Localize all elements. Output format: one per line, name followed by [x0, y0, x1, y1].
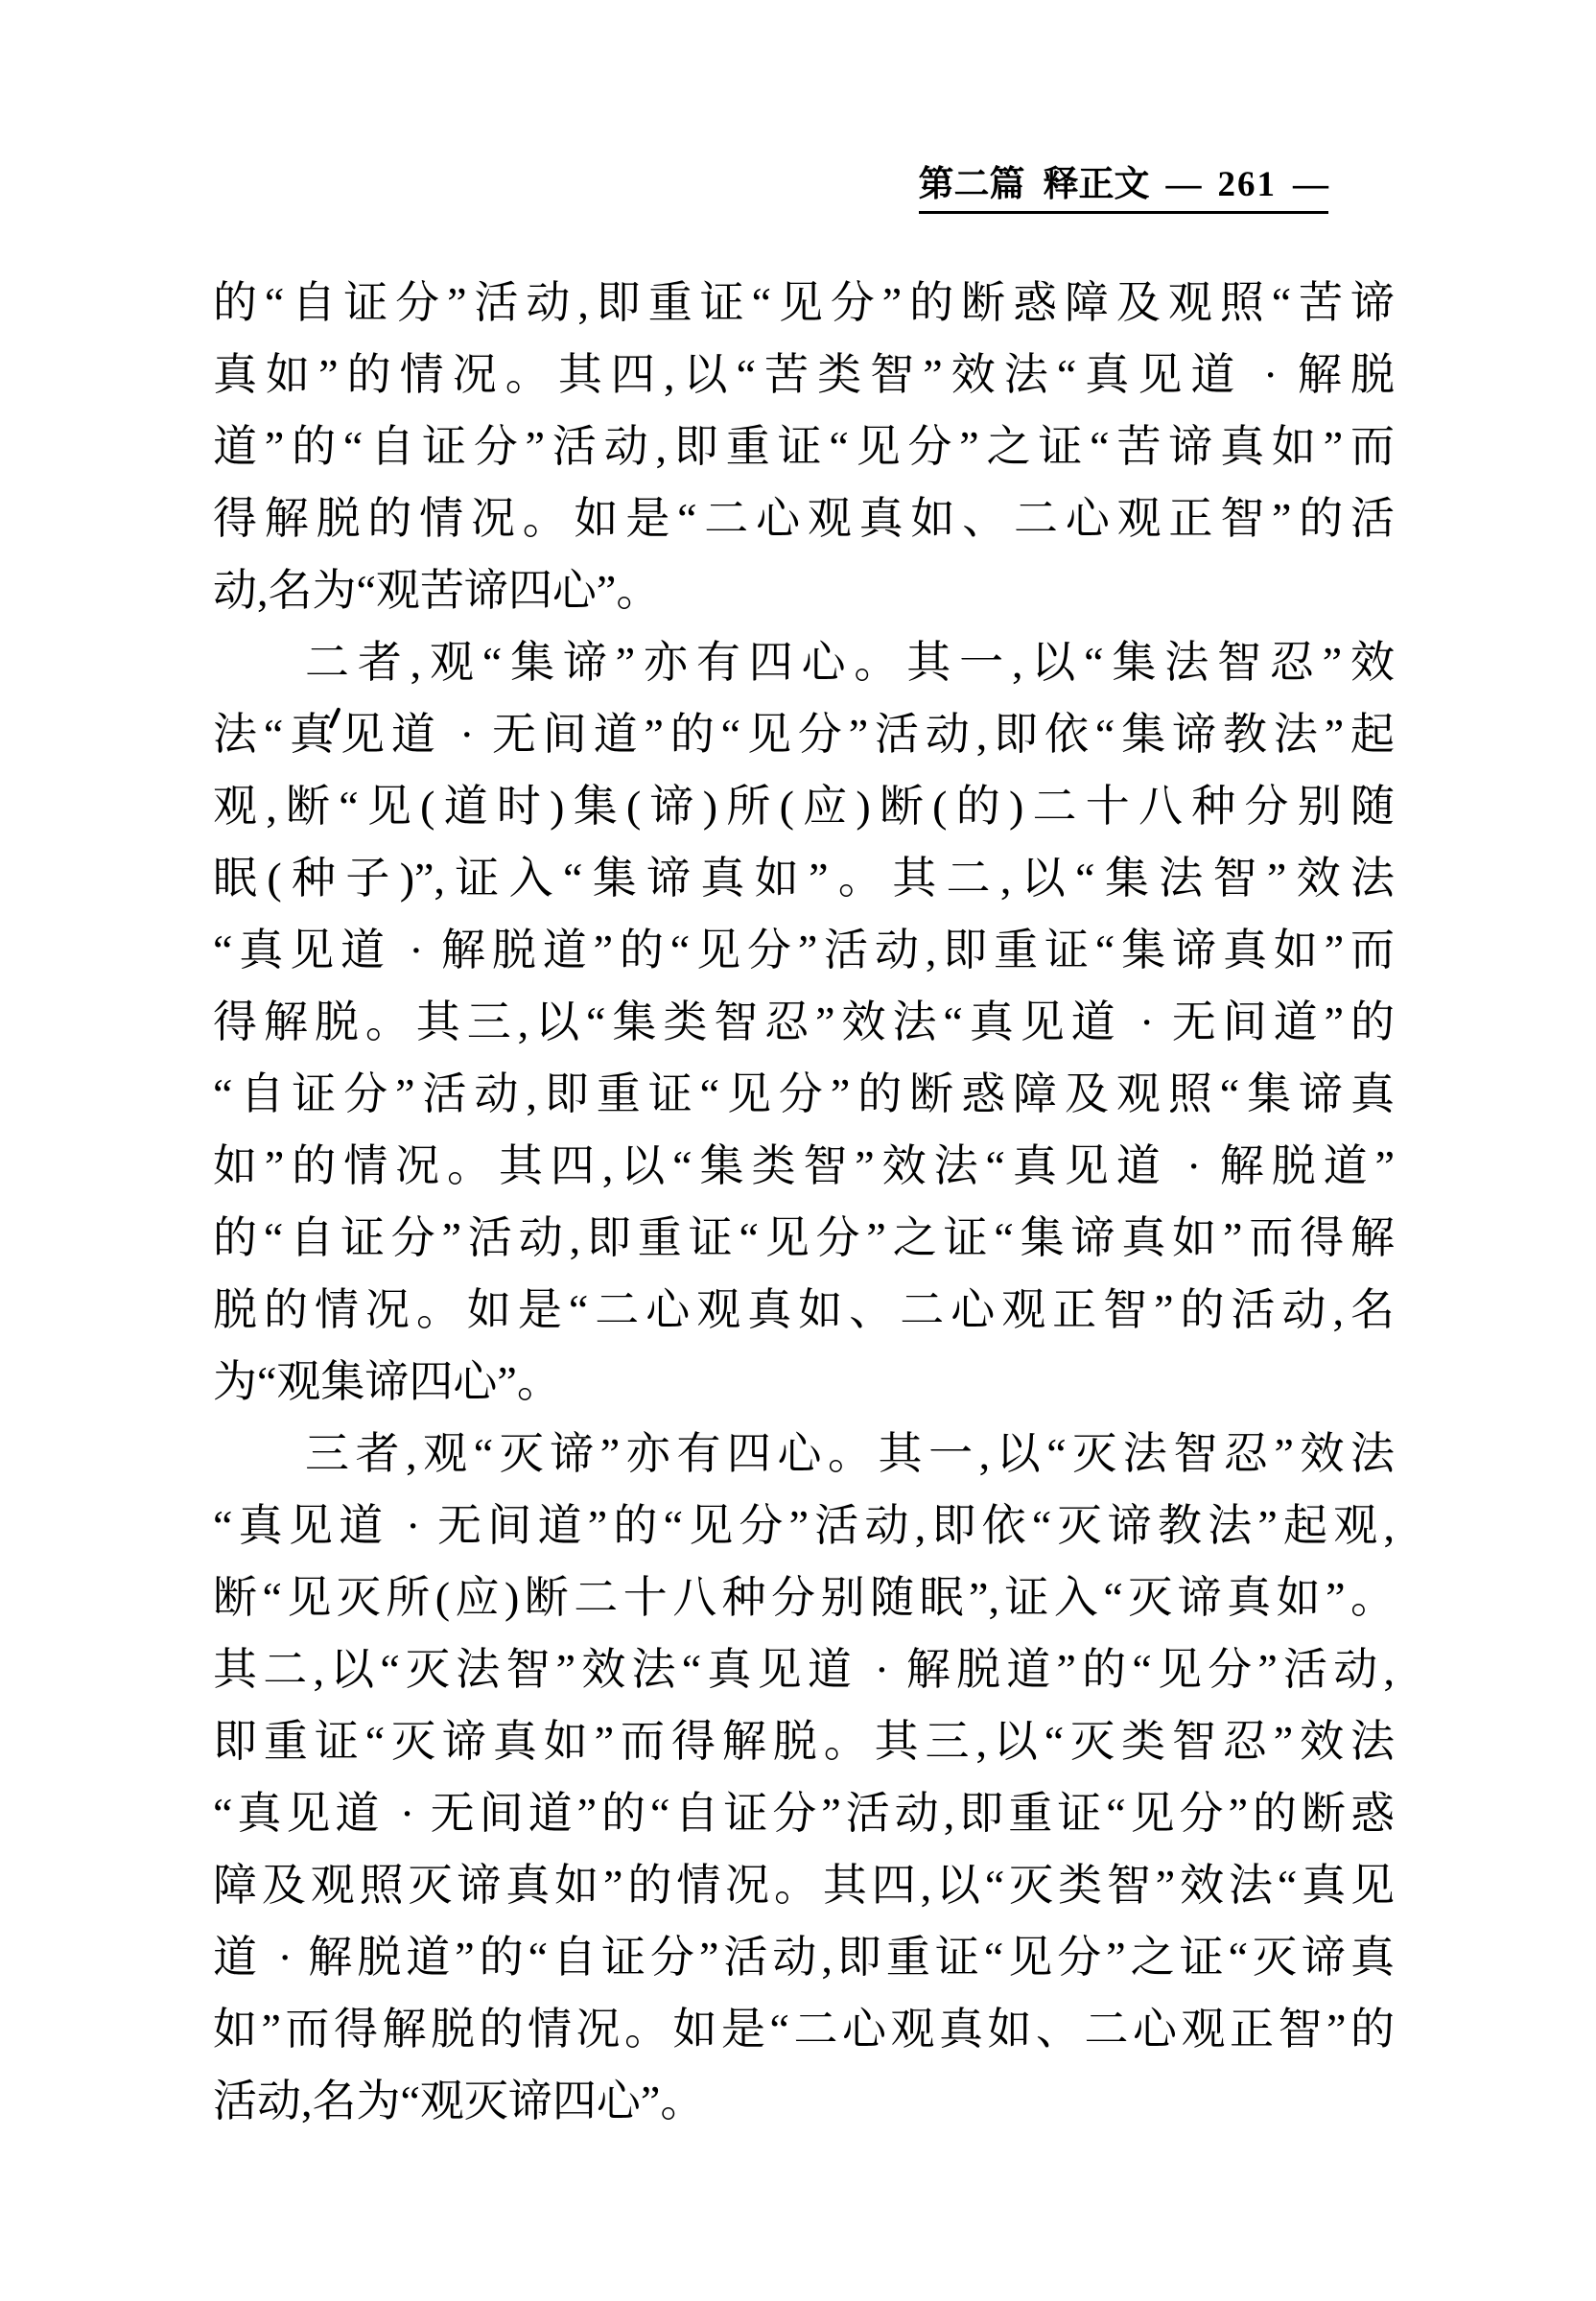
header-dash-right: —	[1293, 165, 1328, 205]
text-line: 三者,观“灭谛”亦有四心。其一,以“灭法智忍”效法	[213, 1418, 1395, 1490]
text-line: 真如”的情况。其四,以“苦类智”效法“真见道 · 解脱	[213, 339, 1395, 411]
text-line: 道”的“自证分”活动,即重证“见分”之证“苦谛真如”而	[213, 411, 1395, 482]
text-line: 法“真见道 · 无间道”的“见分”活动,即依“集谛教法”起	[213, 698, 1395, 770]
text-line: 如”的情况。其四,以“集类智”效法“真见道 · 解脱道”	[213, 1130, 1395, 1202]
text-line: 二者,观“集谛”亦有四心。其一,以“集法智忍”效	[213, 626, 1395, 698]
body-text: 的“自证分”活动,即重证“见分”的断惑障及观照“苦谛 真如”的情况。其四,以“苦…	[213, 267, 1395, 2137]
text-line: 的“自证分”活动,即重证“见分”的断惑障及观照“苦谛	[213, 267, 1395, 339]
page-number: 261	[1218, 165, 1278, 205]
text-line: “真见道 · 无间道”的“自证分”活动,即重证“见分”的断惑	[213, 1777, 1395, 1849]
text-line: 得解脱的情况。如是“二心观真如、二心观正智”的活	[213, 482, 1395, 554]
text-line: 眠(种子)”,证入“集谛真如”。其二,以“集法智”效法	[213, 842, 1395, 914]
header-dash-left: —	[1166, 165, 1202, 205]
text-line: 其二,以“灭法智”效法“真见道 · 解脱道”的“见分”活动,	[213, 1633, 1395, 1705]
text-line: 脱的情况。如是“二心观真如、二心观正智”的活动,名	[213, 1274, 1395, 1346]
text-line: 如”而得解脱的情况。如是“二心观真如、二心观正智”的	[213, 1993, 1395, 2065]
chapter-title: 释正文	[1044, 165, 1150, 205]
text-line: 动,名为“观苦谛四心”。	[213, 554, 1395, 626]
text-line: 障及观照灭谛真如”的情况。其四,以“灭类智”效法“真见	[213, 1849, 1395, 1921]
text-line: 为“观集谛四心”。	[213, 1346, 1395, 1418]
text-line: “真见道 · 无间道”的“见分”活动,即依“灭谛教法”起观,	[213, 1490, 1395, 1561]
text-line: “自证分”活动,即重证“见分”的断惑障及观照“集谛真	[213, 1058, 1395, 1130]
text-line: 即重证“灭谛真如”而得解脱。其三,以“灭类智忍”效法	[213, 1705, 1395, 1777]
text-line: 的“自证分”活动,即重证“见分”之证“集谛真如”而得解	[213, 1202, 1395, 1274]
text-line: 活动,名为“观灭谛四心”。	[213, 2065, 1395, 2137]
text-line: 道 · 解脱道”的“自证分”活动,即重证“见分”之证“灭谛真	[213, 1921, 1395, 1993]
scanned-book-page: 第二篇 释正文 — 261 — 的“自证分”活动,即重证“见分”的断惑障及观照“…	[0, 0, 1596, 2301]
text-line: 得解脱。其三,以“集类智忍”效法“真见道 · 无间道”的	[213, 986, 1395, 1058]
text-line: 断“见灭所(应)断二十八种分别随眠”,证入“灭谛真如”。	[213, 1561, 1395, 1633]
section-label: 第二篇	[919, 165, 1025, 205]
text-line: 观,断“见(道时)集(谛)所(应)断(的)二十八种分别随	[213, 770, 1395, 842]
text-line: “真见道 · 解脱道”的“见分”活动,即重证“集谛真如”而	[213, 914, 1395, 986]
page-header: 第二篇 释正文 — 261 —	[919, 165, 1329, 214]
